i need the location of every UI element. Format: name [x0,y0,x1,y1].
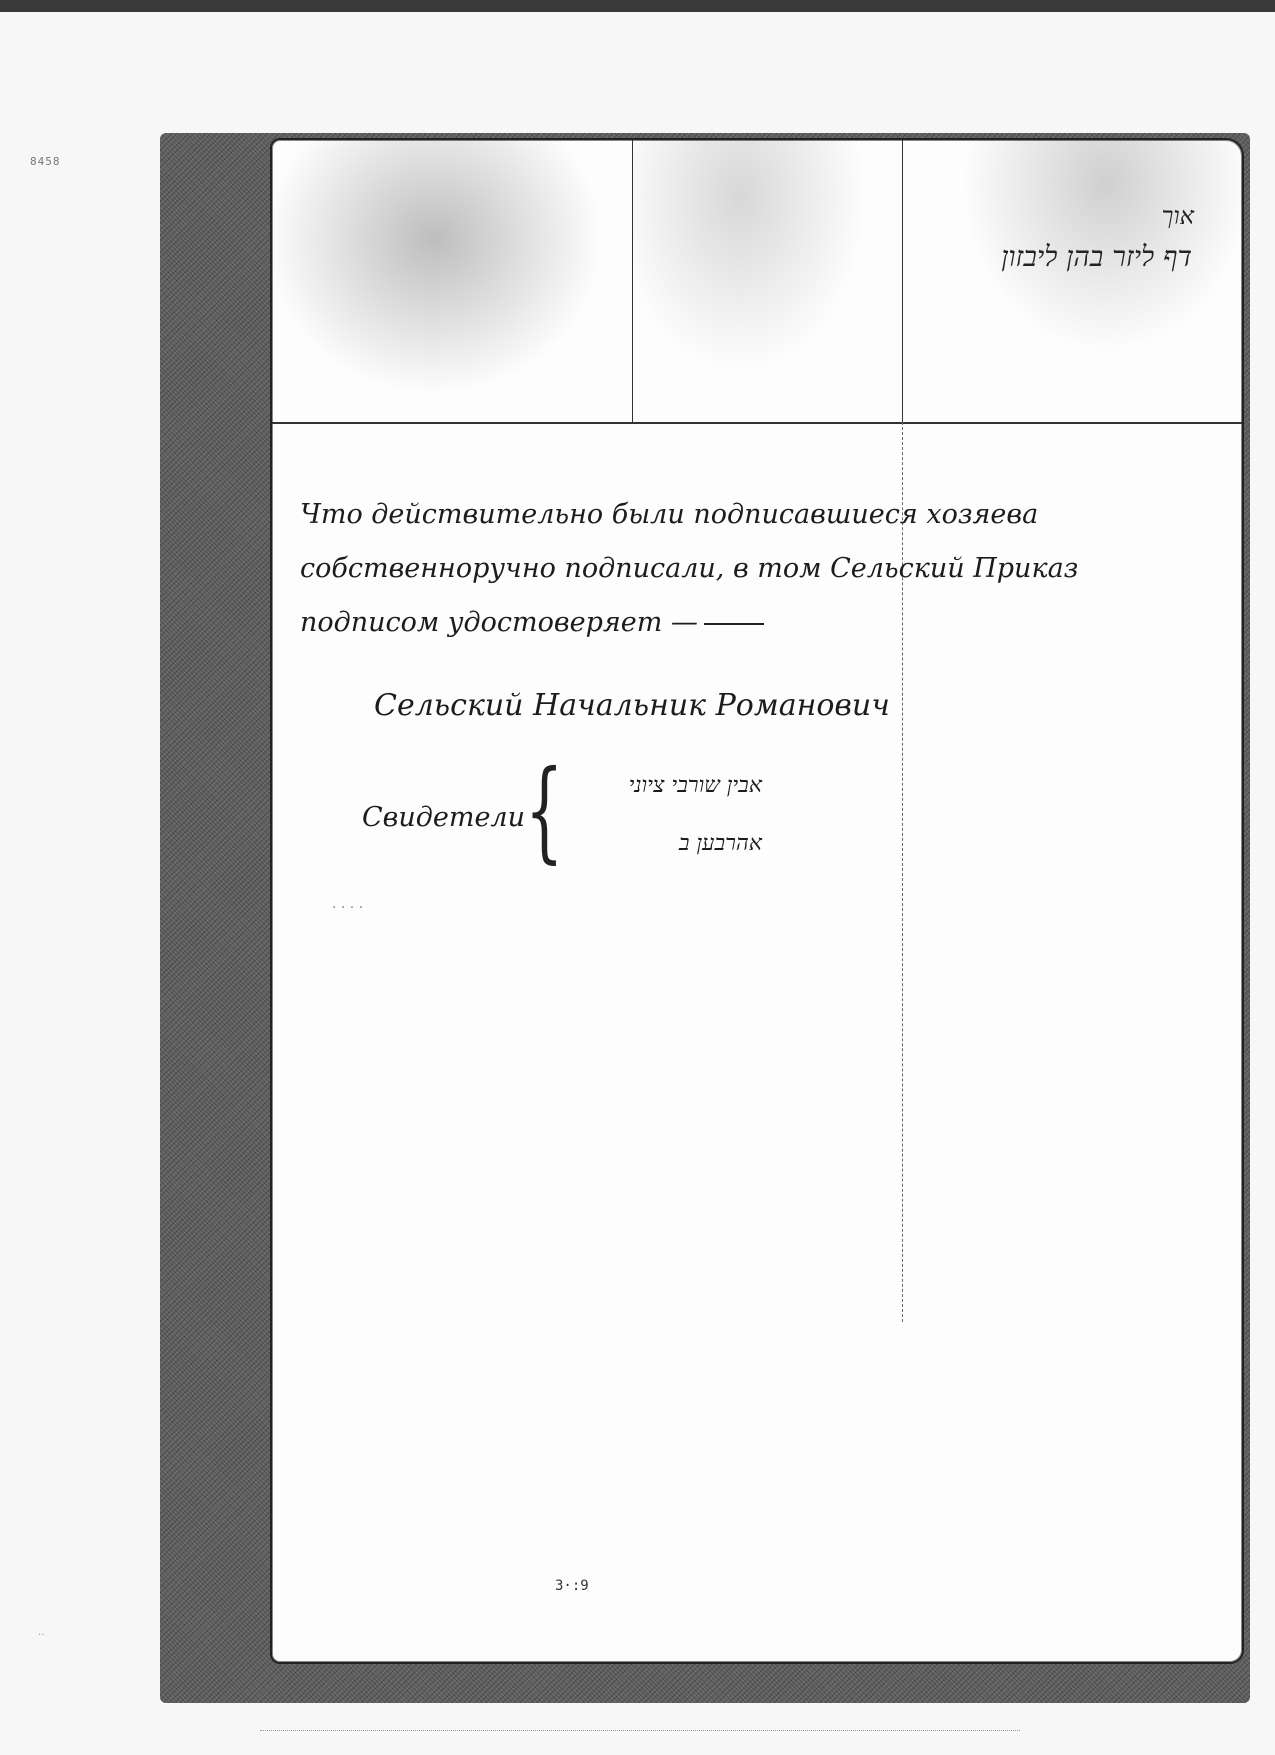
witnesses-label: Свидетели [362,802,525,833]
faint-marks: · · · · [332,900,363,916]
closing-dash [704,623,764,625]
footer-stamp: 3·:9 [555,1578,589,1594]
witness-signature-2: אהרבען ב [572,830,762,856]
margin-speck: ·· [38,1630,44,1641]
text-line-2: собственноручно подписали, в том Сельски… [300,542,1200,596]
witnesses-block: Свидетели { אבין שורבי ציוני אהרבען ב [362,750,962,890]
witness-signature-1: אבין שורבי ציוני [572,772,762,798]
header-cell-1 [272,140,633,422]
official-signature: Сельский Начальник Романович [374,688,890,723]
text-line-3-content: подписом удостоверяет — [300,607,698,638]
document-page: אוך דף ליזר בהן ליבזון Что действительно… [270,138,1244,1664]
text-line-3: подписом удостоверяет — [300,596,1200,650]
header-cell-3: אוך דף ליזר בהן ליבזון [902,140,1242,422]
text-line-1: Что действительно были подписавшиеся хоз… [300,488,1200,542]
scan-top-edge [0,0,1275,12]
margin-stamp-number: 8458 [30,155,61,168]
bottom-scan-noise [260,1730,1020,1735]
certification-text: Что действительно были подписавшиеся хоз… [300,488,1200,650]
header-table-row: אוך דף ליזר בהן ליבזון [272,140,1242,424]
curly-brace-icon: { [525,750,564,870]
header-cell-2 [632,140,903,422]
hebrew-name-annotation: דף ליזר בהן ליבזון [1001,240,1192,274]
hebrew-annotation: אוך [1162,202,1194,231]
